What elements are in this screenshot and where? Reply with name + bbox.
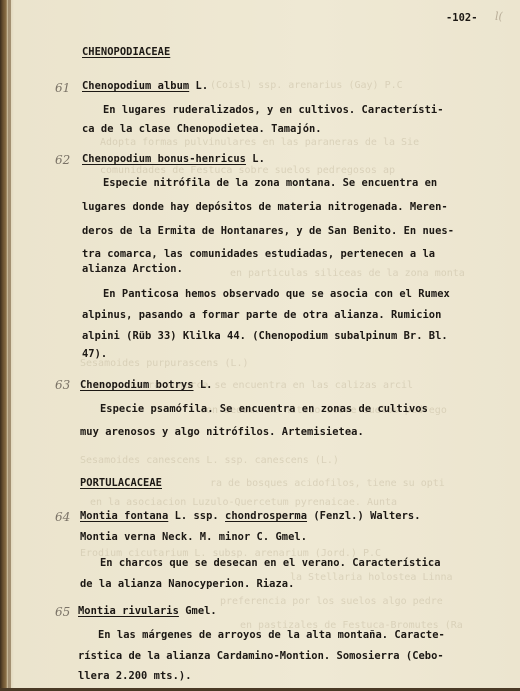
species-rank: L. ssp. <box>168 510 225 522</box>
family-heading: CHENOPODIACEAE <box>82 46 170 58</box>
bleed-through-text: la Stellaria holostea Linna <box>290 572 453 583</box>
text-line: rística de la alianza Cardamino-Montion.… <box>78 650 444 662</box>
species-name: Chenopodium botrys L. <box>80 379 212 391</box>
text-line: En charcos que se desecan en el verano. … <box>100 557 441 569</box>
text-line: tra comarca, las comunidades estudiadas,… <box>82 248 435 260</box>
handwritten-number: 62 <box>55 153 70 167</box>
species-binomial: Chenopodium botrys <box>80 379 194 391</box>
synonym-line: Montia verna Neck. M. minor C. Gmel. <box>80 531 307 543</box>
species-binomial: Montia rivularis <box>78 605 179 617</box>
text-line: alianza Arction. <box>82 263 183 275</box>
text-line: deros de la Ermita de Hontanares, y de S… <box>82 225 454 237</box>
text-line: de la alianza Nanocyperion. Riaza. <box>80 578 294 590</box>
bleed-through-text: (Coisl) ssp. arenarius (Gay) P.C <box>210 80 403 91</box>
text-line: alpinus, pasando a formar parte de otra … <box>82 309 441 321</box>
bleed-through-text: en la asociacion Luzulo-Quercetum pyrena… <box>90 497 397 508</box>
handwritten-number: 63 <box>55 378 70 392</box>
text-line: 47). <box>82 348 107 360</box>
species-name: Chenopodium album L. <box>82 80 208 92</box>
pencil-mark: l( <box>495 10 503 23</box>
bleed-through-text: Adopta formas pulvinulares en las parane… <box>100 137 419 148</box>
text-line: llera 2.200 mts.). <box>78 670 192 682</box>
text-line: alpini (Rüb 33) Klilka 44. (Chenopodium … <box>82 330 448 342</box>
family-heading: PORTULACACEAE <box>80 477 162 489</box>
text-line: En Panticosa hemos observado que se asoc… <box>103 288 450 300</box>
species-name: Montia fontana L. ssp. chondrosperma (Fe… <box>80 510 421 522</box>
species-author: L. <box>189 80 208 92</box>
bleed-through-text: comunidades de Festuca sobre suelos pedr… <box>100 165 395 176</box>
handwritten-number: 65 <box>55 605 70 619</box>
handwritten-number: 64 <box>55 510 70 524</box>
species-binomial: Chenopodium bonus-henricus <box>82 153 246 165</box>
bleed-through-text: preferencia por los suelos algo pedre <box>220 596 443 607</box>
species-binomial: Chenopodium album <box>82 80 189 92</box>
text-line: Especie nitrófila de la zona montana. Se… <box>103 177 437 189</box>
species-author: L. <box>246 153 265 165</box>
species-name: Chenopodium bonus-henricus L. <box>82 153 265 165</box>
bleed-through-text: Sesamoides canescens L. ssp. canescens (… <box>80 455 339 466</box>
text-line: lugares donde hay depósitos de materia n… <box>82 201 448 213</box>
text-line: muy arenosos y algo nitrófilos. Artemisi… <box>80 426 364 438</box>
text-line: ca de la clase Chenopodietea. Tamajón. <box>82 123 322 135</box>
text-line: En lugares ruderalizados, y en cultivos.… <box>103 104 444 116</box>
text-line: Especie psamófila. Se encuentra en zonas… <box>100 403 428 415</box>
species-binomial: Montia fontana <box>80 510 168 522</box>
bleed-through-text: ra de bosques acidofilos, tiene su opti <box>210 478 445 489</box>
species-name: Montia rivularis Gmel. <box>78 605 217 617</box>
subspecies-epithet: chondrosperma <box>225 510 307 522</box>
handwritten-number: 61 <box>55 81 70 95</box>
species-author: (Fenzl.) Walters. <box>307 510 421 522</box>
bleed-through-text: en particulas siliceas de la zona monta <box>230 268 465 279</box>
text-line: En las márgenes de arroyos de la alta mo… <box>98 629 445 641</box>
document-page: (Coisl) ssp. arenarius (Gay) P.C Adopta … <box>0 0 520 691</box>
species-author: Gmel. <box>179 605 217 617</box>
book-spine-shadow <box>8 0 11 691</box>
species-author: L. <box>194 379 213 391</box>
page-number: -102- <box>446 12 478 24</box>
